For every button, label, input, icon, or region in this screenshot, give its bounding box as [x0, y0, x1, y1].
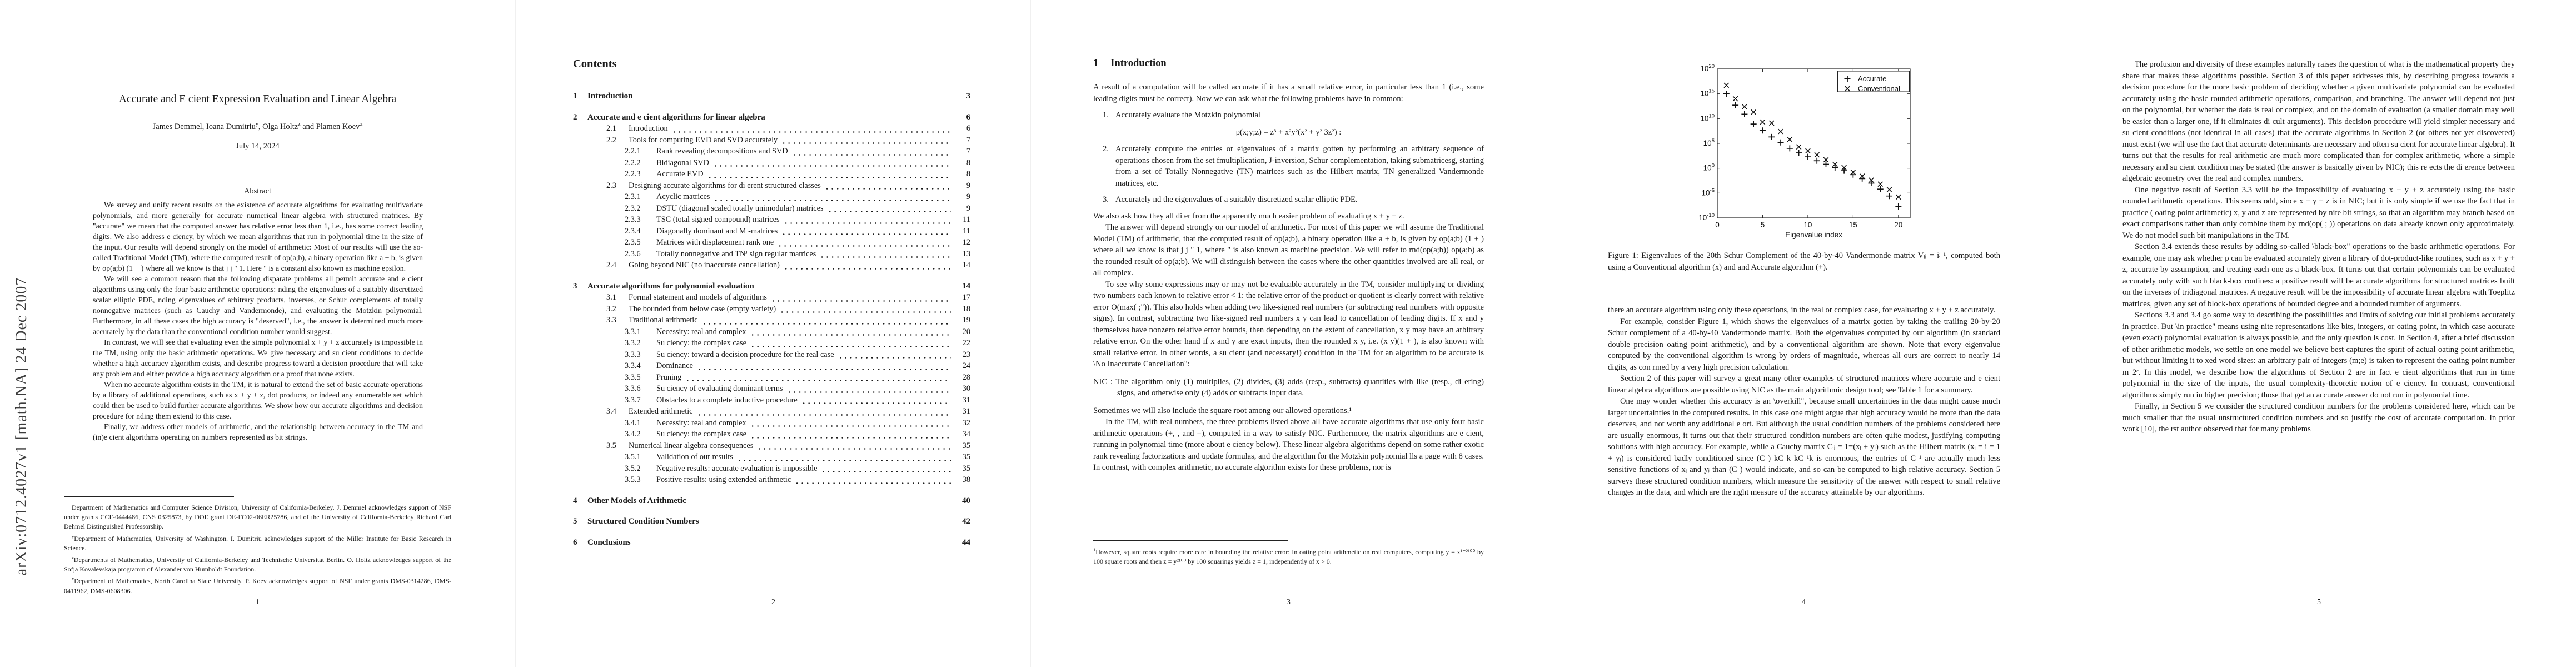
page-number: 4: [1546, 598, 2061, 607]
toc-entry-number: 3.4.1: [625, 417, 656, 429]
footnotes: Department of Mathematics and Computer S…: [64, 501, 451, 596]
toc-entry-title: Negative results: accurate evaluation is…: [656, 463, 817, 475]
table-of-contents: 1Introduction32Accurate and e cient algo…: [573, 81, 970, 548]
toc-entry-title: Extended arithmetic: [629, 406, 693, 417]
toc-entry-page: 13: [954, 248, 970, 260]
toc-entry-title: Pruning: [656, 372, 681, 384]
toc-entry-number: 3.3: [606, 315, 629, 326]
toc-entry-title: Matrices with displacement rank one: [656, 237, 774, 248]
x-marker: [1724, 83, 1729, 88]
list-item-number: 2.: [1103, 143, 1109, 155]
toc-entry-number: 3.2: [606, 303, 629, 315]
x-marker: [1896, 195, 1901, 200]
x-tick-label: 20: [1894, 221, 1902, 229]
x-tick-label: 15: [1849, 221, 1857, 229]
toc-entry-number: 3.5.1: [625, 451, 656, 463]
abstract-heading: Abstract: [33, 187, 482, 196]
toc-entry-page: 14: [954, 260, 970, 271]
toc-entry: 3.4Extended arithmetic31: [573, 406, 970, 417]
toc-entry-title: Su ciency: the complex case: [656, 429, 746, 440]
toc-entry: 2.3.1Acyclic matrices9: [573, 191, 970, 203]
footnote: yDepartment of Mathematics, University o…: [64, 532, 451, 553]
toc-dot-leader: [759, 446, 951, 450]
toc-entry: 3.3.7Obstacles to a complete inductive p…: [573, 395, 970, 406]
toc-entry-number: 3.3.5: [625, 372, 656, 384]
page-number: 1: [0, 598, 515, 607]
toc-dot-leader: [699, 367, 951, 370]
toc-entry-title: Accurate algorithms for polynomial evalu…: [587, 281, 754, 292]
toc-dot-leader: [771, 118, 951, 121]
toc-entry-page: 32: [954, 417, 970, 429]
footnote-mark: y: [72, 534, 74, 539]
footnote-mark: z: [72, 555, 74, 560]
plus-marker: [1868, 180, 1874, 186]
contents-heading: Contents: [573, 58, 617, 71]
paragraph: The answer will depend strongly on our m…: [1093, 222, 1484, 279]
toc-entry-number: 3: [573, 281, 587, 292]
paper-date: July 14, 2024: [33, 142, 482, 151]
toc-entry-title: Other Models of Arithmetic: [587, 495, 686, 507]
toc-dot-leader: [752, 435, 951, 439]
paragraph: In the TM, with real numbers, the three …: [1093, 416, 1484, 474]
math-formula: p(x;y;z) = z³ + x²y²(x² + y² 3z²) :: [1093, 127, 1484, 138]
toc-entry-number: 3.4: [606, 406, 629, 417]
toc-entry-title: Su ciency of evaluating dominant terms: [656, 383, 783, 395]
toc-entry-page: 30: [954, 383, 970, 395]
toc-dot-leader: [715, 163, 951, 167]
legend-label-conventional: Conventional: [1858, 84, 1900, 93]
legend-label-accurate: Accurate: [1858, 74, 1886, 83]
toc-entry-page: 6: [954, 123, 970, 135]
toc-entry: 2.2Tools for computing EVD and SVD accur…: [573, 135, 970, 146]
toc-entry: 3.3.6Su ciency of evaluating dominant te…: [573, 383, 970, 395]
x-axis-label: Eigenvalue index: [1785, 231, 1842, 239]
plus-marker: [1768, 134, 1775, 140]
paper-title: Accurate and E cient Expression Evaluati…: [33, 93, 482, 106]
toc-dot-leader: [826, 186, 951, 190]
toc-entry-page: 31: [954, 406, 970, 417]
toc-entry-page: 17: [954, 292, 970, 303]
x-marker: [1760, 120, 1765, 125]
plus-marker: [1814, 158, 1820, 164]
scatter-plot: 10201015101010510010-510-1005101520Eigen…: [1679, 47, 1940, 242]
toc-entry-number: 3.1: [606, 292, 629, 303]
paragraph: The profusion and diversity of these exa…: [2122, 59, 2515, 185]
toc-entry-page: 9: [954, 191, 970, 203]
toc-dot-leader: [796, 481, 951, 484]
toc-entry-page: 12: [954, 237, 970, 248]
toc-entry-title: Designing accurate algorithms for di ere…: [629, 180, 821, 192]
toc-dot-leader: [752, 424, 951, 427]
toc-dot-leader: [636, 543, 951, 546]
toc-dot-leader: [705, 522, 951, 526]
arxiv-stamp: arXiv:0712.4027v1 [math.NA] 24 Dec 2007: [13, 221, 32, 632]
authors-line: James Demmel, Ioana Dumitriuy, Olga Holt…: [33, 121, 482, 132]
toc-entry-page: 23: [954, 349, 970, 361]
toc-dot-leader: [840, 355, 951, 359]
toc-entry-title: Obstacles to a complete inductive proced…: [656, 395, 798, 406]
toc-dot-leader: [638, 97, 951, 101]
x-tick-label: 5: [1761, 221, 1765, 229]
toc-entry-page: 35: [954, 440, 970, 452]
y-tick-label: 10-10: [1698, 212, 1715, 222]
toc-entry-number: 2: [573, 112, 587, 123]
y-tick-label: 10-5: [1702, 187, 1715, 197]
page-3: 1Introduction A result of a computation …: [1030, 0, 1546, 667]
toc-entry-title: Acyclic matrices: [656, 191, 710, 203]
toc-entry-title: Dominance: [656, 360, 693, 372]
toc-entry-page: 22: [954, 337, 970, 349]
plus-marker: [1841, 168, 1847, 174]
abstract-paragraph: We will see a common reason that the fol…: [93, 273, 423, 337]
toc-entry: 3.5.3Positive results: using extended ar…: [573, 474, 970, 486]
toc-entry-number: 3.3.4: [625, 360, 656, 372]
toc-entry: 3.1Formal statement and models of algori…: [573, 292, 970, 303]
toc-entry: 2.3.2DSTU (diagonal scaled totally unimo…: [573, 203, 970, 215]
toc-dot-leader: [704, 321, 951, 325]
toc-entry-page: 11: [954, 214, 970, 226]
toc-entry-page: 3: [954, 91, 970, 102]
toc-entry-page: 19: [954, 315, 970, 326]
x-marker: [1787, 137, 1792, 142]
plus-marker: [1832, 165, 1838, 171]
toc-entry-page: 9: [954, 180, 970, 192]
toc-entry: 2.4Going beyond NIC (no inaccurate cance…: [573, 260, 970, 271]
section-number: 1: [1093, 58, 1098, 69]
toc-entry: 3.3.1Necessity: real and complex20: [573, 326, 970, 338]
toc-entry-number: 2.3.1: [625, 191, 656, 203]
author-segment: and Plamen Koev: [301, 122, 360, 131]
plus-marker: [1732, 102, 1738, 108]
toc-entry: 4Other Models of Arithmetic40: [573, 495, 970, 507]
author-segment: , Olga Holtz: [258, 122, 298, 131]
toc-entry-page: 6: [954, 112, 970, 123]
toc-entry-number: 2.2.2: [625, 157, 656, 169]
toc-entry-title: The bounded from below case (empty varie…: [629, 303, 776, 315]
toc-entry-number: 3.3.7: [625, 395, 656, 406]
page-5: The profusion and diversity of these exa…: [2061, 0, 2576, 667]
toc-dot-leader: [789, 390, 951, 393]
toc-entry-title: Totally nonnegative and TNᴶ sign regular…: [656, 248, 816, 260]
toc-dot-leader: [783, 232, 951, 235]
x-marker: [1742, 104, 1747, 109]
toc-entry-page: 31: [954, 395, 970, 406]
plus-marker: [1751, 121, 1757, 127]
toc-dot-leader: [829, 209, 951, 212]
body-text: there an accurate algorithm using only t…: [1608, 305, 2000, 499]
toc-dot-leader: [794, 152, 951, 156]
body-text: The profusion and diversity of these exa…: [2122, 59, 2515, 435]
toc-entry-title: Su ciency: toward a decision procedure f…: [656, 349, 834, 361]
toc-entry-title: Numerical linear algebra consequences: [629, 440, 753, 452]
toc-entry-title: Rank revealing decompositions and SVD: [656, 146, 788, 157]
toc-entry-page: 35: [954, 463, 970, 475]
toc-entry-page: 8: [954, 157, 970, 169]
toc-entry: 6Conclusions44: [573, 537, 970, 549]
paragraph: Section 2 of this paper will survey a gr…: [1608, 373, 2000, 396]
toc-entry: 2.1Introduction6: [573, 123, 970, 135]
nic-label: NIC :: [1093, 377, 1115, 386]
toc-entry-number: 3.3.3: [625, 349, 656, 361]
toc-entry-number: 3.5.2: [625, 463, 656, 475]
toc-entry-title: Bidiagonal SVD: [656, 157, 709, 169]
toc-entry: 2.3Designing accurate algorithms for di …: [573, 180, 970, 192]
y-tick-label: 105: [1703, 138, 1715, 147]
toc-entry-title: Formal statement and models of algorithm…: [629, 292, 767, 303]
toc-entry-title: Validation of our results: [656, 451, 733, 463]
toc-entry-page: 9: [954, 203, 970, 215]
toc-entry-title: Necessity: real and complex: [656, 417, 746, 429]
plus-marker: [1778, 140, 1784, 146]
page-number: 2: [516, 598, 1031, 607]
paragraph: Sometimes we will also include the squar…: [1093, 405, 1484, 417]
toc-entry-title: Accurate EVD: [656, 168, 704, 180]
toc-dot-leader: [752, 344, 951, 347]
toc-dot-leader: [785, 266, 951, 270]
toc-entry-title: TSC (total signed compound) matrices: [656, 214, 780, 226]
toc-entry-number: 5: [573, 516, 587, 527]
toc-entry-title: Conclusions: [587, 537, 631, 549]
toc-entry-number: 6: [573, 537, 587, 549]
toc-entry: 3Accurate algorithms for polynomial eval…: [573, 281, 970, 292]
y-tick-label: 1020: [1700, 63, 1715, 73]
toc-entry-page: 20: [954, 326, 970, 338]
plus-marker: [1895, 203, 1901, 210]
toc-entry-title: Positive results: using extended arithme…: [656, 474, 791, 486]
toc-entry: 2.2.3Accurate EVD8: [573, 168, 970, 180]
toc-dot-leader: [760, 287, 951, 290]
toc-dot-leader: [823, 469, 951, 472]
toc-entry-page: 7: [954, 146, 970, 157]
toc-entry: 3.5.1Validation of our results35: [573, 451, 970, 463]
toc-entry-number: 3.5.3: [625, 474, 656, 486]
toc-entry-title: Diagonally dominant and M -matrices: [656, 226, 778, 237]
toc-entry-number: 2.2: [606, 135, 629, 146]
toc-entry-title: Su ciency: the complex case: [656, 337, 746, 349]
toc-entry-title: Necessity: real and complex: [656, 326, 746, 338]
page-number: 5: [2061, 598, 2576, 607]
toc-dot-leader: [821, 255, 951, 258]
toc-entry-page: 24: [954, 360, 970, 372]
footnote: 1However, square roots require more care…: [1093, 545, 1484, 566]
toc-dot-leader: [781, 310, 951, 313]
page-1: arXiv:0712.4027v1 [math.NA] 24 Dec 2007 …: [0, 0, 515, 667]
section-title: Introduction: [1110, 58, 1166, 69]
toc-entry-number: 3.5: [606, 440, 629, 452]
footnote: Department of Mathematics and Computer S…: [64, 501, 451, 532]
x-tick-label: 0: [1715, 221, 1720, 229]
toc-entry-title: Traditional arithmetic: [629, 315, 698, 326]
toc-entry-page: 42: [954, 516, 970, 527]
toc-entry: 3.3.3Su ciency: toward a decision proced…: [573, 349, 970, 361]
author-segment: James Demmel, Ioana Dumitriu: [153, 122, 256, 131]
paragraph: A result of a computation will be called…: [1093, 82, 1484, 104]
x-marker: [1815, 152, 1820, 157]
toc-entry-number: 2.2.1: [625, 146, 656, 157]
toc-dot-leader: [785, 221, 951, 224]
plus-marker: [1723, 91, 1730, 97]
toc-entry-title: Structured Condition Numbers: [587, 516, 699, 527]
toc-dot-leader: [674, 130, 951, 133]
toc-entry-page: 14: [954, 281, 970, 292]
footnote: zDepartments of Mathematics, University …: [64, 553, 451, 574]
toc-entry-title: DSTU (diagonal scaled totally unimodular…: [656, 203, 824, 215]
toc-entry: 5Structured Condition Numbers42: [573, 516, 970, 527]
toc-dot-leader: [692, 501, 951, 505]
paragraph: there an accurate algorithm using only t…: [1608, 305, 2000, 316]
footnote-rule: [64, 496, 234, 497]
toc-dot-leader: [699, 412, 951, 416]
plus-marker: [1741, 111, 1747, 117]
toc-entry-title: Going beyond NIC (no inaccurate cancella…: [629, 260, 780, 271]
x-marker: [1769, 121, 1774, 126]
x-marker: [1796, 145, 1801, 150]
toc-dot-leader: [783, 141, 951, 144]
x-marker: [1887, 187, 1892, 192]
page-number: 3: [1031, 598, 1546, 607]
toc-entry-number: 4: [573, 495, 587, 507]
list-item: 2.Accurately compute the entries or eige…: [1093, 143, 1484, 189]
toc-entry-page: 11: [954, 226, 970, 237]
toc-entry-title: Accurate and e cient algorithms for line…: [587, 112, 765, 123]
toc-entry-number: 2.3.6: [625, 248, 656, 260]
toc-entry-page: 38: [954, 474, 970, 486]
toc-entry: 2.2.2Bidiagonal SVD8: [573, 157, 970, 169]
toc-entry: 3.3.5Pruning28: [573, 372, 970, 384]
toc-dot-leader: [709, 175, 951, 178]
footnote-mark: x: [72, 576, 74, 581]
list-item-number: 3.: [1103, 194, 1109, 206]
paper-preview: arXiv:0712.4027v1 [math.NA] 24 Dec 2007 …: [0, 0, 2576, 667]
abstract-paragraph: Finally, we address other models of arit…: [93, 421, 423, 442]
x-marker: [1878, 182, 1883, 187]
paragraph: We also ask how they all di er from the …: [1093, 211, 1484, 222]
toc-entry-page: 40: [954, 495, 970, 507]
toc-entry-number: 3.4.2: [625, 429, 656, 440]
toc-dot-leader: [773, 298, 951, 302]
toc-entry-title: Introduction: [587, 91, 632, 102]
footnote-rule: [1093, 540, 1288, 541]
y-tick-label: 1015: [1700, 88, 1715, 98]
toc-entry: 2.3.6Totally nonnegative and TNᴶ sign re…: [573, 248, 970, 260]
page-4: 10201015101010510010-510-1005101520Eigen…: [1546, 0, 2061, 667]
plus-marker: [1787, 145, 1793, 151]
footnote: xDepartment of Mathematics, North Caroli…: [64, 574, 451, 595]
toc-dot-leader: [779, 243, 951, 247]
toc-entry: 2.3.3TSC (total signed compound) matrice…: [573, 214, 970, 226]
y-tick-label: 1010: [1700, 113, 1715, 122]
introduction-text: A result of a computation will be called…: [1093, 82, 1484, 474]
toc-entry-page: 8: [954, 168, 970, 180]
toc-dot-leader: [739, 458, 951, 461]
toc-entry: 2.3.4Diagonally dominant and M -matrices…: [573, 226, 970, 237]
toc-entry: 3.3Traditional arithmetic19: [573, 315, 970, 326]
x-marker: [1751, 109, 1756, 115]
toc-entry: 3.3.4Dominance24: [573, 360, 970, 372]
plus-marker: [1886, 193, 1892, 199]
toc-entry-page: 7: [954, 135, 970, 146]
toc-entry: 3.2The bounded from below case (empty va…: [573, 303, 970, 315]
toc-entry: 3.4.2Su ciency: the complex case34: [573, 429, 970, 440]
toc-entry-page: 34: [954, 429, 970, 440]
figure-caption: Figure 1: Eigenvalues of the 20th Schur …: [1608, 250, 2000, 273]
x-marker: [1733, 96, 1738, 101]
toc-entry-page: 44: [954, 537, 970, 549]
nic-definition: NIC : The algorithm only (1) multiplies,…: [1093, 376, 1484, 399]
toc-entry-page: 28: [954, 372, 970, 384]
paragraph: One may wonder whether this accuracy is …: [1608, 396, 2000, 499]
abstract-paragraph: When no accurate algorithm exists in the…: [93, 379, 423, 421]
abstract-paragraph: In contrast, we will see that evaluating…: [93, 337, 423, 379]
list-item: 3.Accurately nd the eigenvalues of a sui…: [1093, 194, 1484, 206]
footnote-text: However, square roots require more care …: [1093, 548, 1484, 565]
list-item: 1.Accurately evaluate the Motzkin polyno…: [1093, 109, 1484, 121]
toc-entry: 3.5.2Negative results: accurate evaluati…: [573, 463, 970, 475]
paragraph: One negative result of Section 3.3 will …: [2122, 185, 2515, 242]
toc-entry-number: 2.3: [606, 180, 629, 192]
paragraph: Finally, in Section 5 we consider the st…: [2122, 401, 2515, 435]
toc-entry-page: 35: [954, 451, 970, 463]
toc-entry: 3.3.2Su ciency: the complex case22: [573, 337, 970, 349]
paragraph: To see why some expressions may or may n…: [1093, 279, 1484, 370]
toc-entry-number: 2.3.2: [625, 203, 656, 215]
abstract-text: We survey and unify recent results on th…: [93, 200, 423, 442]
toc-entry-number: 1: [573, 91, 587, 102]
x-tick-label: 10: [1803, 221, 1812, 229]
plus-marker: [1805, 154, 1811, 160]
toc-dot-leader: [752, 332, 951, 336]
toc-entry: 2.3.5Matrices with displacement rank one…: [573, 237, 970, 248]
abstract-paragraph: We survey and unify recent results on th…: [93, 200, 423, 273]
toc-entry-number: 3.3.2: [625, 337, 656, 349]
x-marker: [1778, 129, 1783, 134]
figure-1-chart: 10201015101010510010-510-1005101520Eigen…: [1679, 47, 1940, 245]
toc-entry-page: 18: [954, 303, 970, 315]
y-tick-label: 100: [1703, 163, 1715, 172]
toc-entry-number: 2.4: [606, 260, 629, 271]
toc-entry: 2Accurate and e cient algorithms for lin…: [573, 112, 970, 123]
toc-entry-number: 3.3.1: [625, 326, 656, 338]
plus-marker: [1760, 127, 1766, 133]
toc-dot-leader: [687, 378, 951, 381]
toc-entry: 1Introduction3: [573, 91, 970, 102]
x-marker: [1806, 148, 1811, 153]
toc-entry-number: 2.1: [606, 123, 629, 135]
toc-entry-number: 2.3.4: [625, 226, 656, 237]
footnote-mark: x: [360, 121, 362, 127]
paragraph: Sections 3.3 and 3.4 go some way to desc…: [2122, 310, 2515, 401]
toc-entry-title: Introduction: [629, 123, 668, 135]
plus-marker: [1796, 150, 1802, 156]
section-heading: 1Introduction: [1093, 58, 1167, 69]
toc-entry-number: 2.3.3: [625, 214, 656, 226]
toc-dot-leader: [803, 401, 951, 404]
toc-entry: 3.4.1Necessity: real and complex32: [573, 417, 970, 429]
toc-entry-title: Tools for computing EVD and SVD accurate…: [629, 135, 778, 146]
plus-marker: [1877, 186, 1884, 192]
toc-entry-number: 3.3.6: [625, 383, 656, 395]
list-item-number: 1.: [1103, 109, 1109, 121]
toc-entry: 2.2.1Rank revealing decompositions and S…: [573, 146, 970, 157]
toc-entry-number: 2.3.5: [625, 237, 656, 248]
toc-dot-leader: [715, 198, 951, 201]
page-2: Contents 1Introduction32Accurate and e c…: [515, 0, 1031, 667]
toc-entry: 3.5Numerical linear algebra consequences…: [573, 440, 970, 452]
paragraph: Section 3.4 extends these results by add…: [2122, 241, 2515, 310]
toc-entry-number: 2.2.3: [625, 168, 656, 180]
paragraph: For example, consider Figure 1, which sh…: [1608, 316, 2000, 374]
